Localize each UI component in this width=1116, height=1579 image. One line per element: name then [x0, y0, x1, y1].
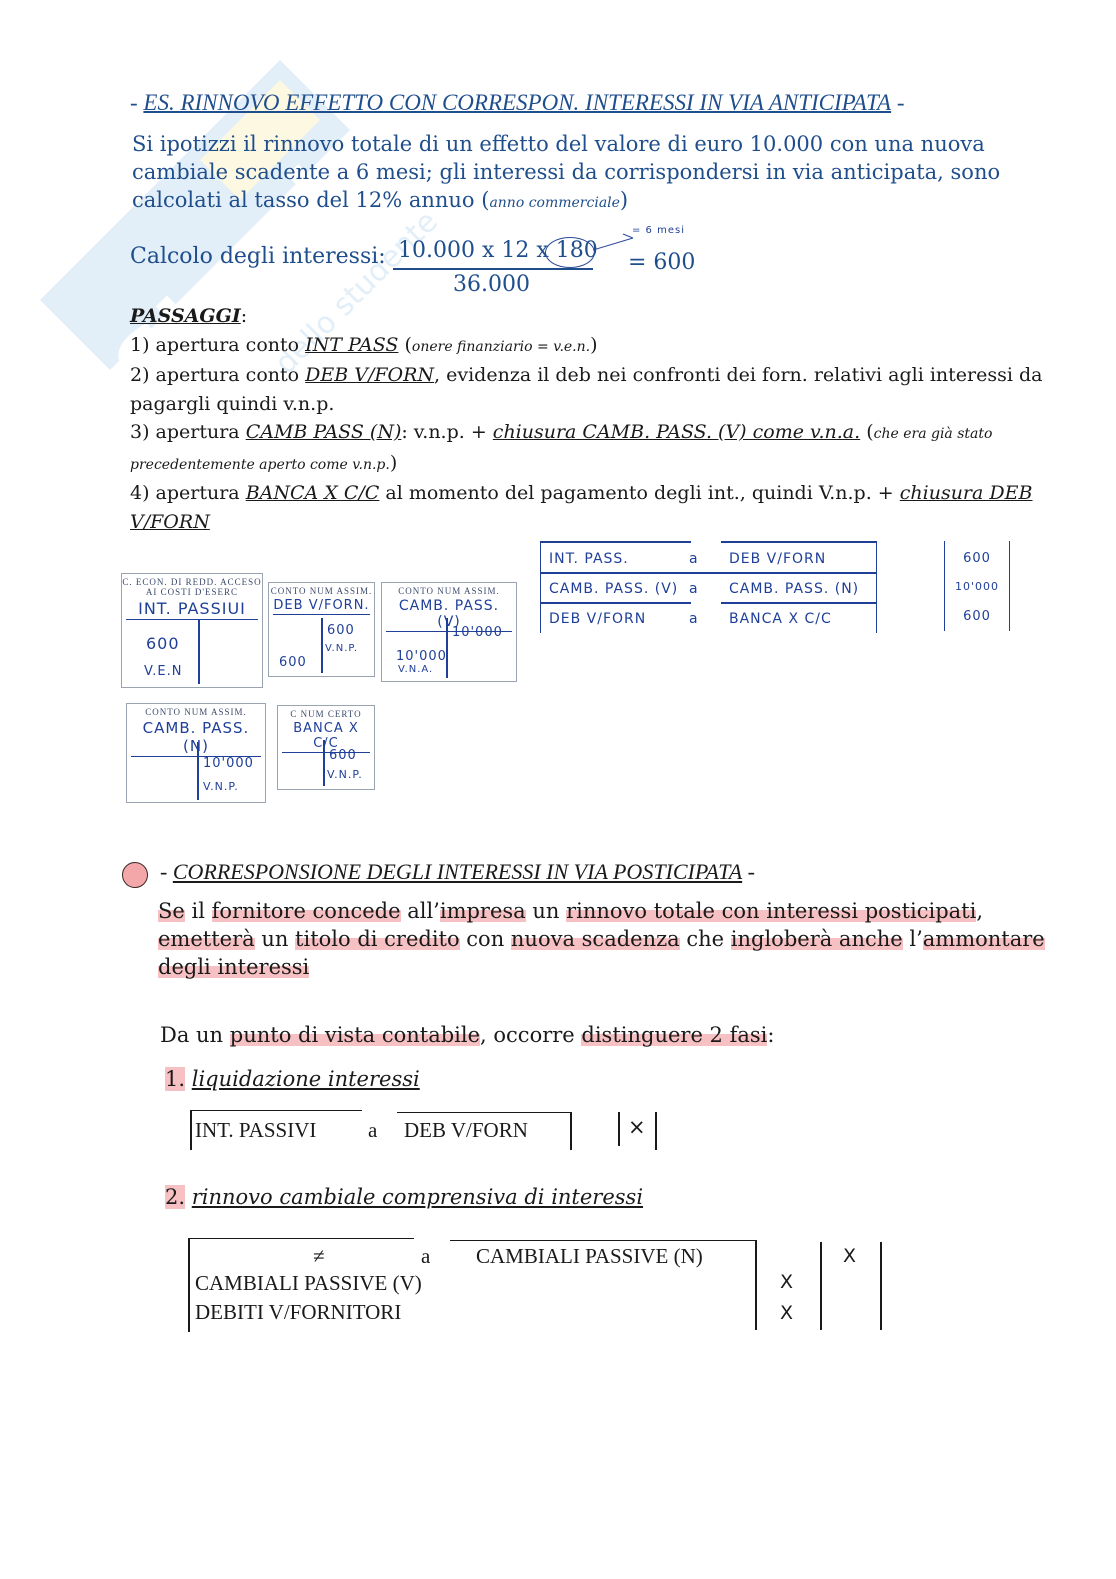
diverse-symbol: ≠: [313, 1244, 325, 1269]
entry2-debit-2: DEBITI V/FORNITORI: [195, 1300, 401, 1325]
annotation-6-mesi: = 6 mesi: [632, 225, 685, 236]
t-account-banca-cc: C NUM CERTO BANCA X C/C 600 V.N.P.: [277, 705, 375, 790]
intro-paragraph: Si ipotizzi il rinnovo totale di un effe…: [132, 130, 1032, 217]
entry1-credit: DEB V/FORN: [404, 1118, 528, 1143]
journal-row: CAMB. PASS. (V)aCAMB. PASS. (N): [541, 573, 876, 603]
entry2-debit-amount-2: X: [780, 1302, 793, 1324]
passaggi-list: PASSAGGI: 1) apertura conto INT PASS (on…: [130, 302, 1070, 536]
section2-title: - CORRESPONSIONE DEGLI INTERESSI IN VIA …: [160, 859, 755, 885]
highlighted-text: Se: [158, 899, 185, 923]
highlighted-text: titolo di credito: [295, 927, 460, 951]
passaggio-2: 2) apertura conto DEB V/FORN, evidenza i…: [130, 361, 1070, 418]
journal-amounts: 600 10'000 600: [944, 541, 1010, 631]
calc-denominator: 36.000: [453, 272, 530, 297]
passaggio-3: 3) apertura CAMB PASS (N): v.n.p. + chiu…: [130, 418, 1070, 479]
t-account-int-passivi: C. ECON. DI REDD. ACCESO AI COSTI D'ESER…: [121, 573, 263, 688]
section2-body: Se il fornitore concede all’impresa un r…: [158, 897, 1058, 981]
highlighted-text: impresa: [440, 899, 526, 923]
step-2: 2. rinnovo cambiale comprensiva di inter…: [165, 1185, 643, 1209]
passaggio-1: 1) apertura conto INT PASS (onere finanz…: [130, 331, 1070, 362]
highlighted-text: fornitore concede: [212, 899, 401, 923]
phases-intro: Da un punto di vista contabile, occorre …: [160, 1023, 774, 1047]
fraction-bar: [393, 268, 593, 270]
journal-row: DEB V/FORNaBANCA X C/C: [541, 603, 876, 633]
highlighted-text: ingloberà anche: [731, 927, 903, 951]
circle-annotation: [545, 237, 595, 268]
entry1-amount: ×: [628, 1115, 646, 1139]
t-account-deb-v-forn: CONTO NUM ASSIM. DEB V/FORN. 600 V.N.P. …: [268, 582, 375, 677]
entry2-debit-amount-1: X: [780, 1271, 793, 1293]
journal-entries: INT. PASS.aDEB V/FORN CAMB. PASS. (V)aCA…: [540, 541, 877, 633]
section1-title-text: ES. RINNOVO EFFETTO CON CORRESPON. INTER…: [143, 90, 891, 115]
entry1-debit: INT. PASSIVI: [195, 1118, 316, 1143]
highlighted-text: emetterà: [158, 927, 255, 951]
pink-bullet-icon: [122, 862, 148, 888]
journal-row: INT. PASS.aDEB V/FORN: [541, 543, 876, 573]
entry2-credit-amount: X: [843, 1245, 856, 1267]
passaggio-4: 4) apertura BANCA X C/C al momento del p…: [130, 479, 1070, 536]
section1-title: - ES. RINNOVO EFFETTO CON CORRESPON. INT…: [130, 90, 905, 116]
calc-label: Calcolo degli interessi:: [130, 244, 386, 269]
calc-result: = 600: [628, 250, 695, 275]
highlighted-text: nuova scadenza: [511, 927, 680, 951]
t-account-camb-pass-v: CONTO NUM ASSIM. CAMB. PASS. (V) 10'000 …: [381, 582, 517, 682]
t-account-camb-pass-n: CONTO NUM ASSIM. CAMB. PASS. (N) 10'000 …: [126, 703, 266, 803]
entry1-sep: a: [368, 1118, 377, 1143]
highlighted-text: rinnovo totale con interessi posticipati: [566, 899, 976, 923]
entry2-sep: a: [421, 1244, 430, 1269]
entry2-credit: CAMBIALI PASSIVE (N): [476, 1244, 703, 1269]
entry2-debit-1: CAMBIALI PASSIVE (V): [195, 1271, 422, 1296]
step-1: 1. liquidazione interessi: [165, 1067, 420, 1091]
